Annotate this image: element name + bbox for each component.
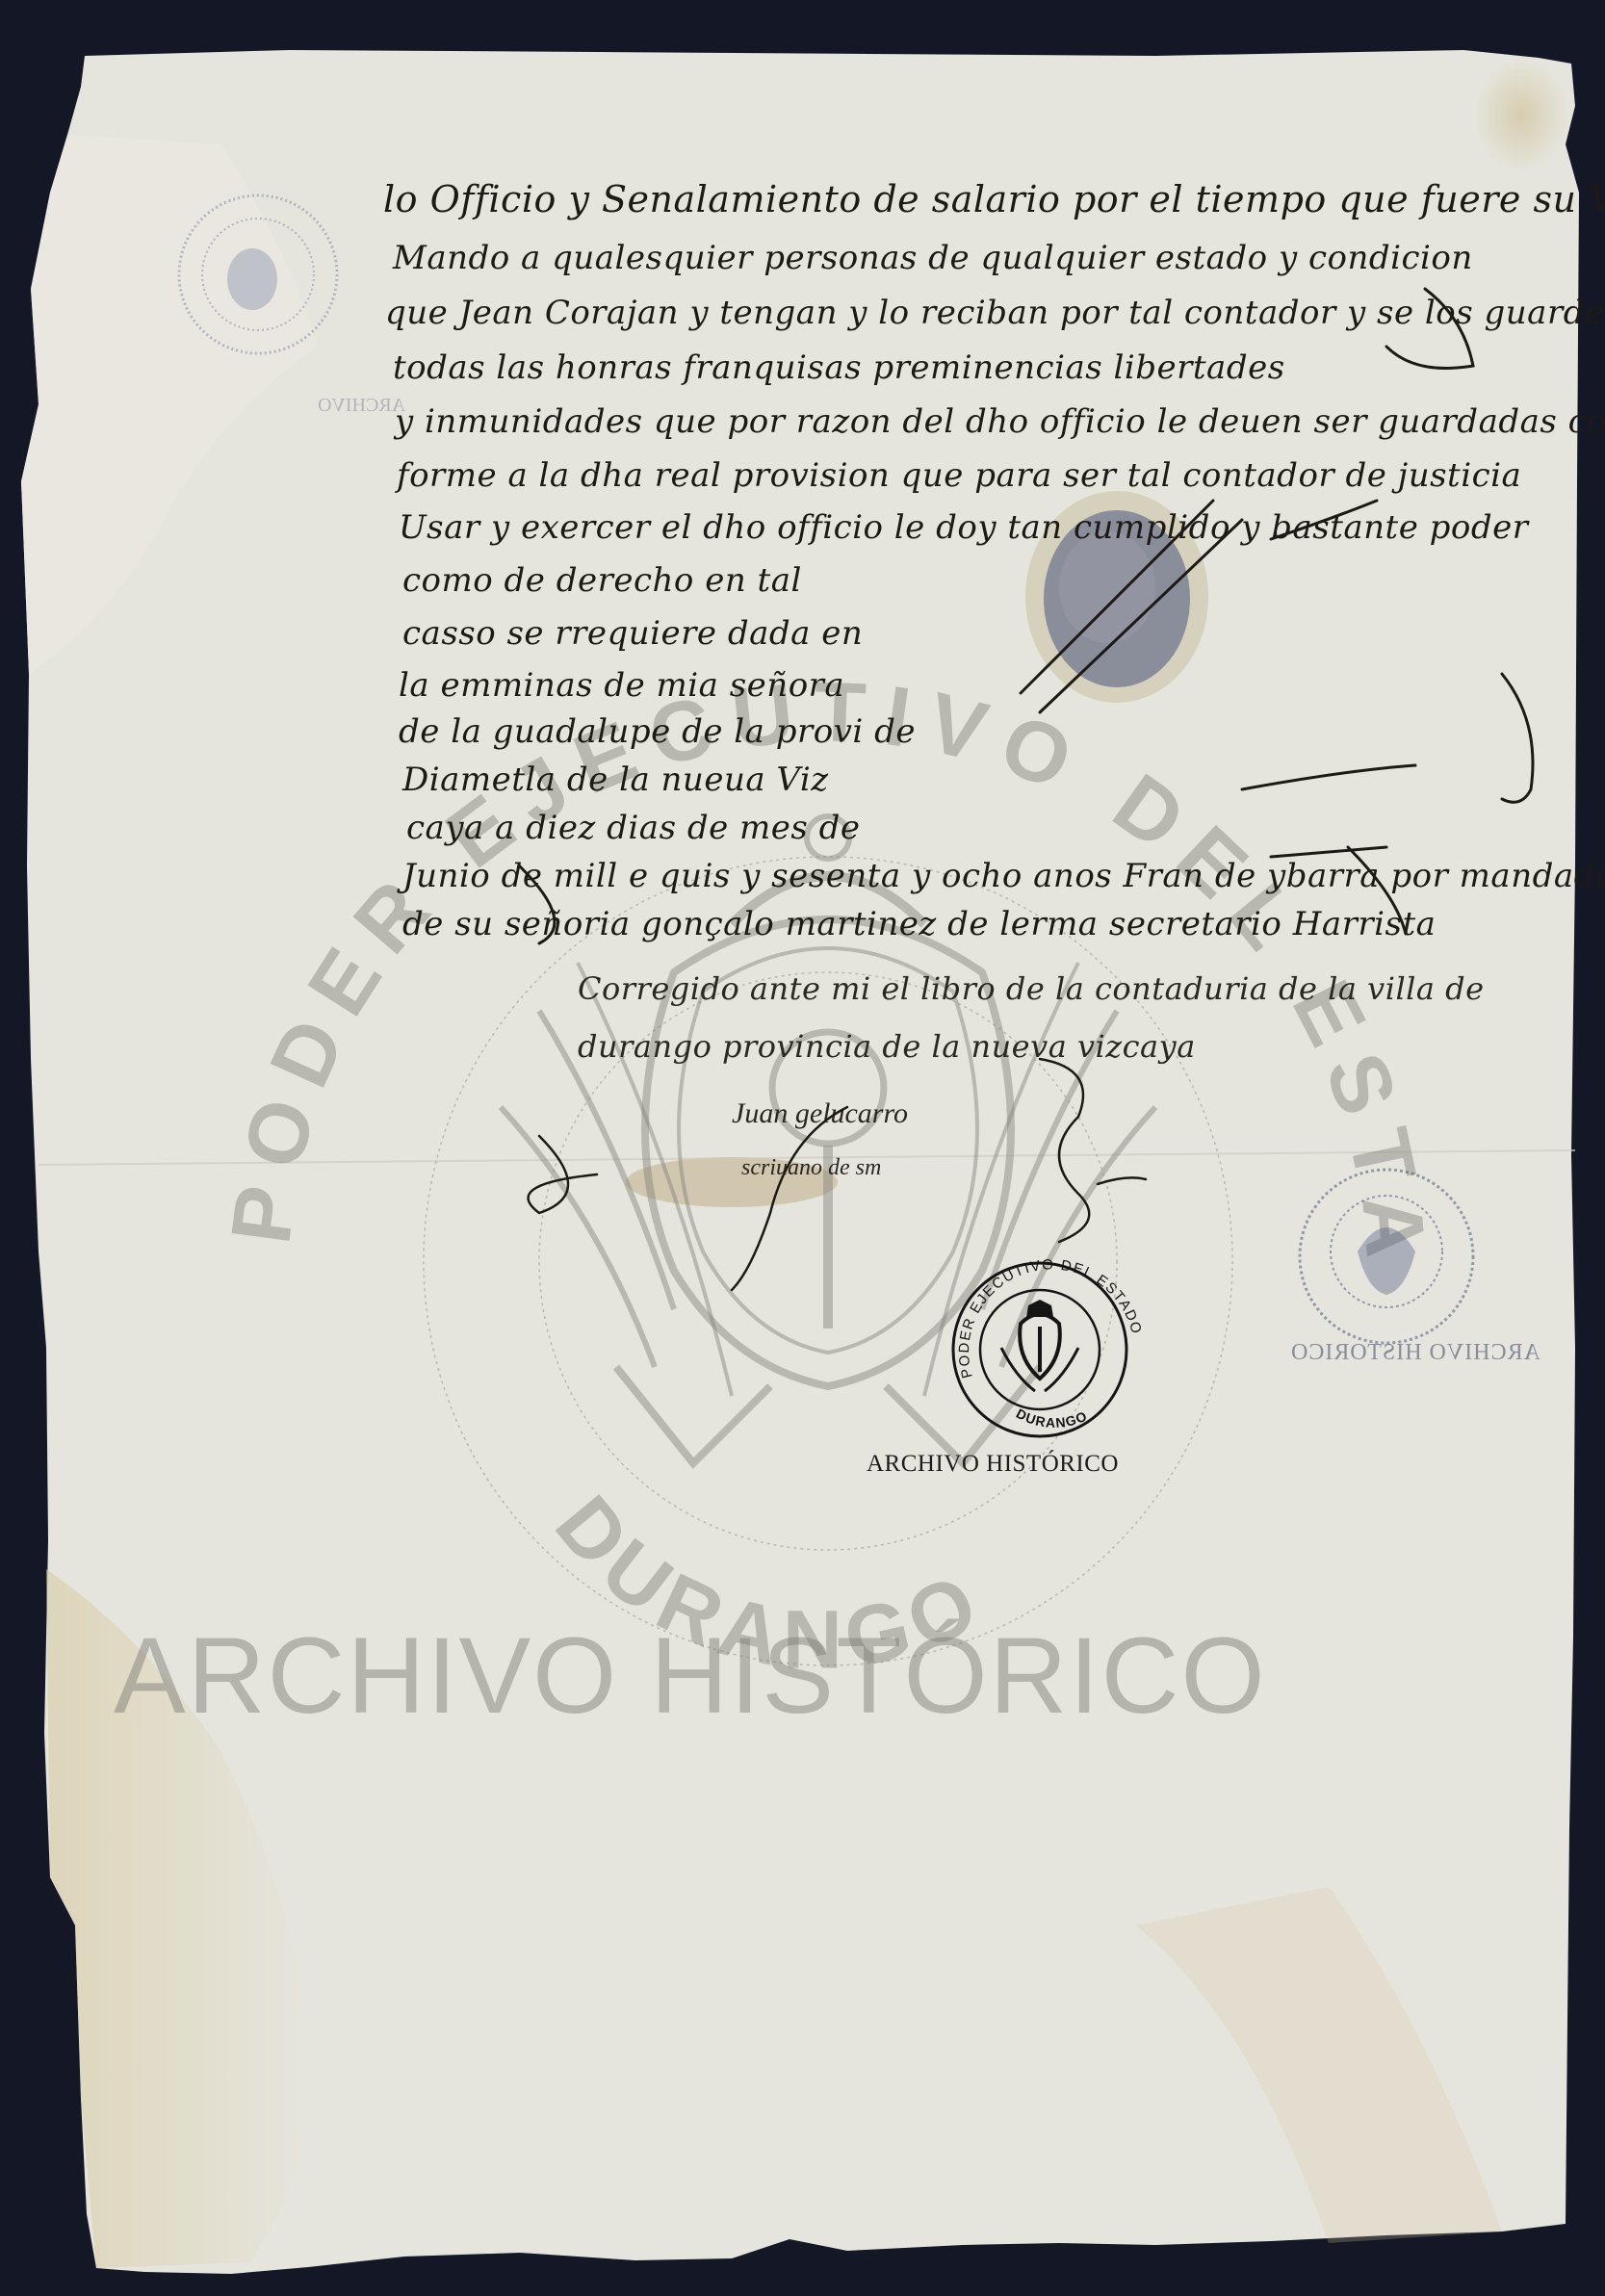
manuscript-line-8: como de derecho en tal <box>402 561 802 600</box>
manuscript-line-6: forme a la dha real provision que para s… <box>397 456 1521 495</box>
faded-stamp-left-label: ARCHIVO <box>318 395 405 417</box>
document-scan: PODER EJECUTIVO DEL ESTADO DURANGO ARCHI… <box>0 0 1605 2296</box>
paper-sheet <box>0 0 1605 2296</box>
watermark-archive-text: ARCHIVO HISTÓRICO <box>114 1613 1500 1738</box>
manuscript-line-12: Diametla de la nueua Viz <box>402 761 829 799</box>
signature-title: scriuano de sm <box>741 1155 881 1181</box>
manuscript-line-10: la emminas de mia señora <box>399 666 844 705</box>
archive-stamp-label: ARCHIVO HISTÓRICO <box>867 1451 1119 1478</box>
manuscript-line-2: Mando a qualesquier personas de qualquie… <box>393 239 1473 277</box>
manuscript-line-7: Usar y exercer el dho officio le doy tan… <box>399 508 1529 547</box>
manuscript-line-14: Junio de mill e quis y sesenta y ocho an… <box>402 857 1605 895</box>
manuscript-line-13: caya a diez dias de mes de <box>406 809 861 847</box>
manuscript-line-5: y inmunidades que por razon del dho offi… <box>395 402 1605 441</box>
signature-name: Juan gelucarro <box>732 1097 908 1130</box>
certification-line-2: durango provincia de la nueva vizcaya <box>578 1028 1196 1065</box>
manuscript-line-3: que Jean Corajan y tengan y lo reciban p… <box>385 294 1605 332</box>
certification-line-1: Corregido ante mi el libro de la contadu… <box>578 970 1485 1007</box>
manuscript-line-11: de la guadalupe de la provi de <box>399 712 916 751</box>
manuscript-line-4: todas las honras franquisas preminencias… <box>393 348 1285 387</box>
manuscript-line-1: lo Officio y Senalamiento de salario por… <box>383 178 1605 220</box>
manuscript-line-9: casso se rrequiere dada en <box>402 614 863 653</box>
manuscript-line-15: de su señoria gonçalo martinez de lerma … <box>402 905 1436 943</box>
faded-stamp-right-label: ARCHIVO HISTORICO <box>1290 1340 1540 1366</box>
